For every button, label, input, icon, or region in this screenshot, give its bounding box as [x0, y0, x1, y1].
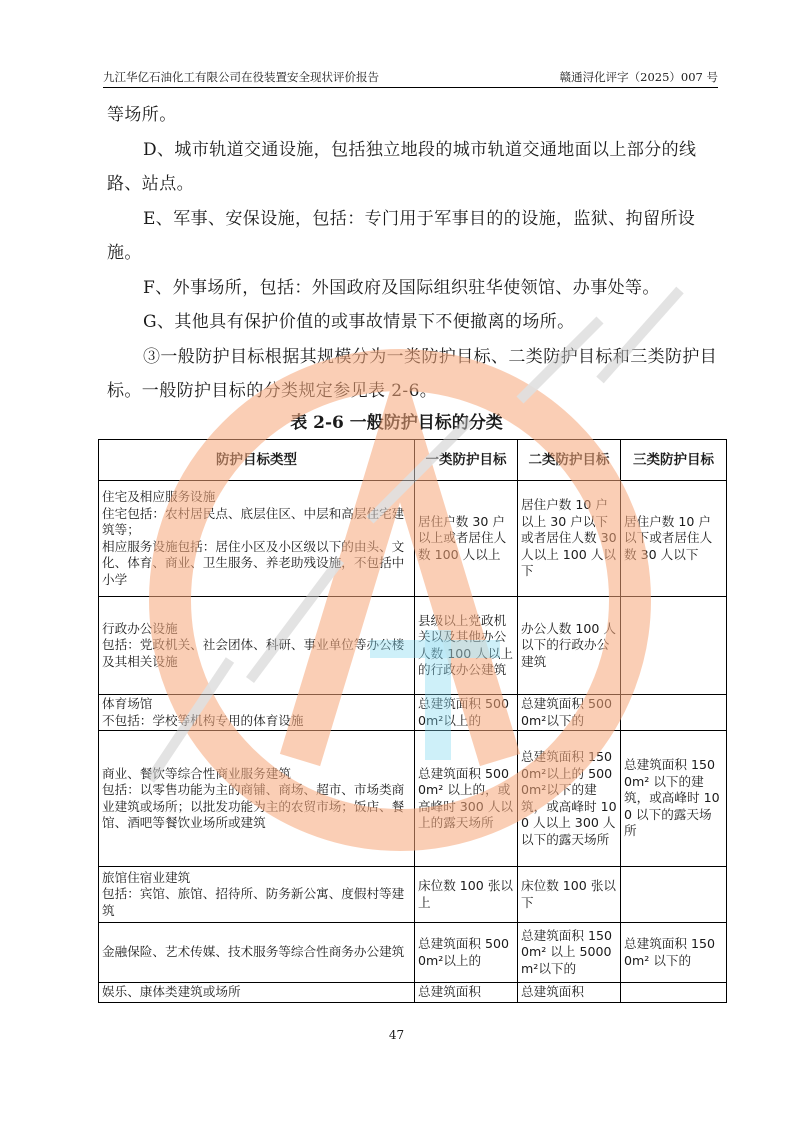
paragraph: D、城市轨道交通设施，包括独立地段的城市轨道交通地面以上部分的线路、站点。: [107, 133, 719, 202]
class1-cell: 床位数 100 张以上: [415, 867, 518, 923]
class2-cell: 总建筑面积 5000m²以下的: [518, 695, 621, 731]
class1-cell: 居住户数 30 户以上或者居住人数 100 人以上: [415, 481, 518, 597]
type-cell: 旅馆住宿业建筑 包括：宾馆、旅馆、招待所、防务新公寓、度假村等建筑: [99, 867, 415, 923]
page-number: 47: [0, 1028, 793, 1042]
body-text: 等场所。 D、城市轨道交通设施，包括独立地段的城市轨道交通地面以上部分的线路、站…: [107, 98, 719, 409]
column-header: 三类防护目标: [621, 440, 727, 481]
type-cell: 金融保险、艺术传媒、技术服务等综合性商务办公建筑: [99, 923, 415, 983]
class3-cell: [621, 597, 727, 695]
paragraph: E、军事、安保设施，包括：专门用于军事目的的设施，监狱、拘留所设施。: [107, 202, 719, 271]
type-cell: 体育场馆 不包括：学校等机构专用的体育设施: [99, 695, 415, 731]
paragraph: ③一般防护目标根据其规模分为一类防护目标、二类防护目标和三类防护目标。一般防护目…: [107, 340, 719, 409]
class2-cell: 办公人数 100 人以下的行政办公建筑: [518, 597, 621, 695]
class3-cell: [621, 983, 727, 1003]
table-row: 金融保险、艺术传媒、技术服务等综合性商务办公建筑 总建筑面积 5000m²以上的…: [99, 923, 727, 983]
class1-cell: 总建筑面积 5000m²以上的: [415, 695, 518, 731]
class1-cell: 总建筑面积 5000m²以上的: [415, 923, 518, 983]
page-header: 九江华亿石油化工有限公司在役装置安全现状评价报告 赣通浔化评字（2025）007…: [103, 68, 718, 88]
protection-target-table: 防护目标类型 一类防护目标 二类防护目标 三类防护目标 住宅及相应服务设施 住宅…: [98, 439, 727, 1003]
table-row: 旅馆住宿业建筑 包括：宾馆、旅馆、招待所、防务新公寓、度假村等建筑 床位数 10…: [99, 867, 727, 923]
column-header: 一类防护目标: [415, 440, 518, 481]
class2-cell: 床位数 100 张以下: [518, 867, 621, 923]
class3-cell: 居住户数 10 户以下或者居住人数 30 人以下: [621, 481, 727, 597]
type-cell: 娱乐、康体类建筑或场所: [99, 983, 415, 1003]
table-header-row: 防护目标类型 一类防护目标 二类防护目标 三类防护目标: [99, 440, 727, 481]
class1-cell: 总建筑面积 5000m² 以上的，或高峰时 300 人以上的露天场所: [415, 731, 518, 867]
class2-cell: 总建筑面积: [518, 983, 621, 1003]
class1-cell: 县级以上党政机关以及其他办公人数 100 人以上的行政办公建筑: [415, 597, 518, 695]
paragraph: G、其他具有保护价值的或事故情景下不便撤离的场所。: [107, 305, 719, 340]
class3-cell: 总建筑面积 1500m² 以下的: [621, 923, 727, 983]
table-row: 体育场馆 不包括：学校等机构专用的体育设施 总建筑面积 5000m²以上的 总建…: [99, 695, 727, 731]
class3-cell: [621, 695, 727, 731]
class2-cell: 居住户数 10 户以上 30 户以下或者居住人数 30 人以上 100 人以下: [518, 481, 621, 597]
column-header: 二类防护目标: [518, 440, 621, 481]
table-row: 行政办公设施 包括：党政机关、社会团体、科研、事业单位等办公楼及其相关设施 县级…: [99, 597, 727, 695]
table-row: 商业、餐饮等综合性商业服务建筑 包括：以零售功能为主的商铺、商场、超市、市场类商…: [99, 731, 727, 867]
type-cell: 行政办公设施 包括：党政机关、社会团体、科研、事业单位等办公楼及其相关设施: [99, 597, 415, 695]
header-report-title: 九江华亿石油化工有限公司在役装置安全现状评价报告: [103, 69, 379, 85]
class3-cell: [621, 867, 727, 923]
header-report-number: 赣通浔化评字（2025）007 号: [560, 69, 718, 85]
class2-cell: 总建筑面积 1500m² 以上 5000m²以下的: [518, 923, 621, 983]
type-cell: 住宅及相应服务设施 住宅包括：农村居民点、底层住区、中层和高层住宅建筑等； 相应…: [99, 481, 415, 597]
table-row: 住宅及相应服务设施 住宅包括：农村居民点、底层住区、中层和高层住宅建筑等； 相应…: [99, 481, 727, 597]
table-row: 娱乐、康体类建筑或场所 总建筑面积 总建筑面积: [99, 983, 727, 1003]
column-header: 防护目标类型: [99, 440, 415, 481]
class1-cell: 总建筑面积: [415, 983, 518, 1003]
class2-cell: 总建筑面积 1500m²以上的 5000m²以下的建筑，或高峰时 100 人以上…: [518, 731, 621, 867]
class3-cell: 总建筑面积 1500m² 以下的建筑，或高峰时 100 以下的露天场所: [621, 731, 727, 867]
paragraph: F、外事场所，包括：外国政府及国际组织驻华使领馆、办事处等。: [107, 271, 719, 306]
table-caption: 表 2-6 一般防护目标的分类: [0, 408, 793, 433]
paragraph: 等场所。: [107, 98, 719, 133]
type-cell: 商业、餐饮等综合性商业服务建筑 包括：以零售功能为主的商铺、商场、超市、市场类商…: [99, 731, 415, 867]
